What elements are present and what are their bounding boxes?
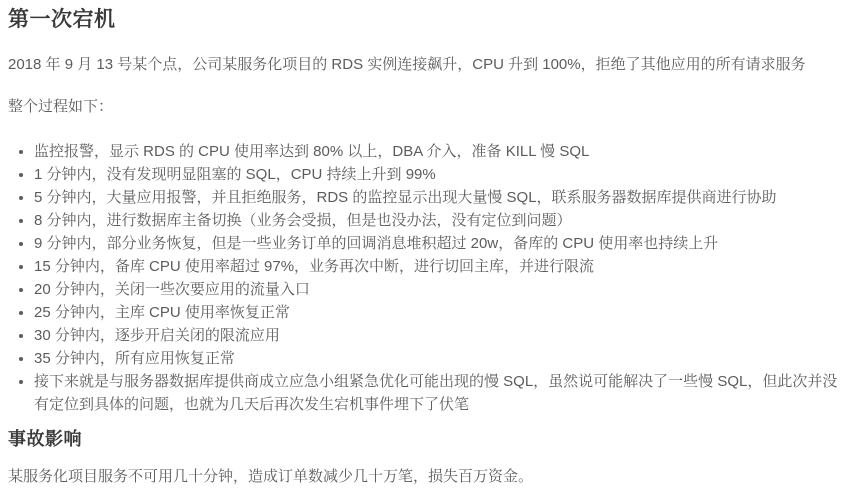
process-step: 30 分钟内，逐步开启关闭的限流应用	[34, 324, 855, 347]
process-step: 25 分钟内，主库 CPU 使用率恢复正常	[34, 301, 855, 324]
process-step: 20 分钟内，关闭一些次要应用的流量入口	[34, 278, 855, 301]
impact-paragraph: 某服务化项目服务不可用几十分钟，造成订单数减少几十万笔，损失百万资金。	[8, 468, 855, 485]
process-step: 8 分钟内，进行数据库主备切换（业务会受损，但是也没办法，没有定位到问题）	[34, 209, 855, 232]
process-step: 15 分钟内，备库 CPU 使用率超过 97%，业务再次中断，进行切回主库，并进…	[34, 255, 855, 278]
process-step: 1 分钟内，没有发现明显阻塞的 SQL，CPU 持续上升到 99%	[34, 163, 855, 186]
process-timeline-list: 监控报警，显示 RDS 的 CPU 使用率达到 80% 以上，DBA 介入，准备…	[8, 140, 855, 416]
process-step: 接下来就是与服务器数据库提供商成立应急小组紧急优化可能出现的慢 SQL，虽然说可…	[34, 370, 855, 416]
process-step: 9 分钟内，部分业务恢复，但是一些业务订单的回调消息堆积超过 20w，备库的 C…	[34, 232, 855, 255]
process-step: 监控报警，显示 RDS 的 CPU 使用率达到 80% 以上，DBA 介入，准备…	[34, 140, 855, 163]
process-step: 35 分钟内，所有应用恢复正常	[34, 347, 855, 370]
section-heading-impact: 事故影响	[8, 429, 855, 450]
section-heading-first-downtime: 第一次宕机	[8, 8, 855, 32]
process-step: 5 分钟内，大量应用报警，并且拒绝服务，RDS 的监控显示出现大量慢 SQL，联…	[34, 186, 855, 209]
process-label: 整个过程如下：	[8, 98, 855, 115]
incident-intro-paragraph: 2018 年 9 月 13 号某个点，公司某服务化项目的 RDS 实例连接飙升，…	[8, 56, 855, 73]
incident-article: 第一次宕机 2018 年 9 月 13 号某个点，公司某服务化项目的 RDS 实…	[0, 0, 865, 485]
